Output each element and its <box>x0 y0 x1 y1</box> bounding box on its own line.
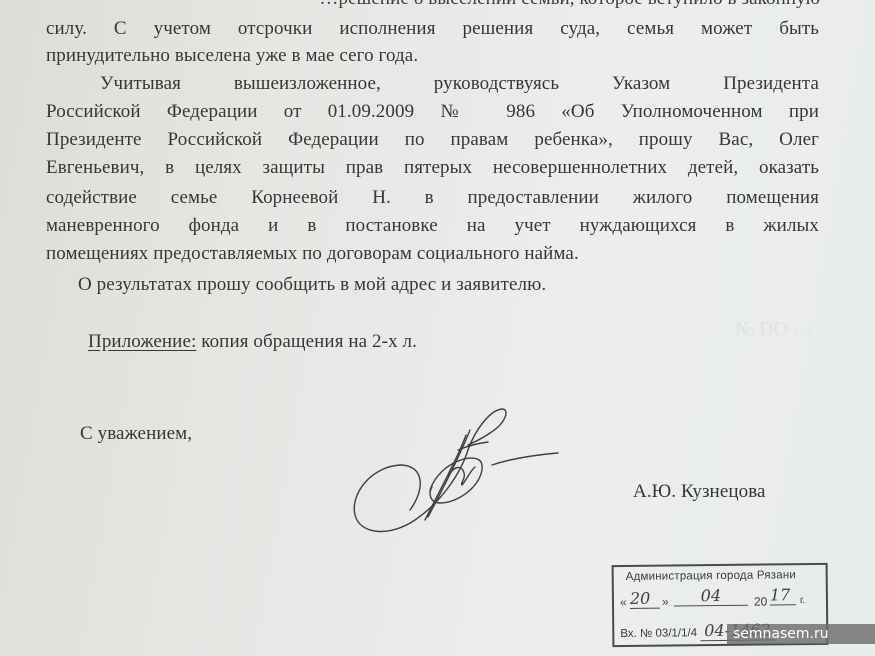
stamp-reg-label: Вх. № 03/1/1/4 <box>620 627 697 640</box>
bleed-through-text: № ПО … <box>735 318 813 341</box>
paragraph2-line4: Евгеньевич, в целях защиты прав пятерых … <box>46 157 819 179</box>
paragraph3: О результатах прошу сообщить в мой адрес… <box>78 274 546 296</box>
stamp-year-prefix: 20 <box>754 595 768 609</box>
paragraph2-line1: Учитывая вышеизложенное, руководствуясь … <box>100 73 819 95</box>
attachment-label: Приложение: <box>88 331 196 352</box>
stamp-day: 20 <box>630 589 660 609</box>
stamp-title: Администрация города Рязани <box>626 569 796 583</box>
paragraph1-line2: принудительно выселена уже в мае сего го… <box>46 45 418 67</box>
paragraph2-line6: маневренного фонда и в постановке на уче… <box>46 215 819 237</box>
paragraph2-line2: Российской Федерации от 01.09.2009 № 986… <box>46 101 819 123</box>
paragraph1-line1: силу. С учетом отсрочки исполнения решен… <box>46 18 819 40</box>
paragraph2-line3: Президенте Российской Федерации по права… <box>46 129 819 151</box>
stamp-year-suffix: 17 <box>770 585 796 605</box>
paragraph2-line7: помещениях предоставляемых по договорам … <box>46 243 579 265</box>
stamp-date: « 20 » 04 20 17 г. <box>620 589 820 613</box>
site-watermark: semnasem.ru <box>727 624 875 644</box>
stamp-month: 04 <box>674 586 748 607</box>
partial-top-line: …решение о выселении семьи, которое всту… <box>100 0 820 10</box>
document-page: № ПО … …решение о выселении семьи, котор… <box>0 0 875 656</box>
stamp-year-label: г. <box>800 595 805 606</box>
attachment-text: копия обращения на 2-х л. <box>196 331 417 352</box>
closing-salutation: С уважением, <box>80 423 192 445</box>
signatory-name: А.Ю. Кузнецова <box>633 481 766 503</box>
signature-icon <box>330 395 570 545</box>
attachment-line: Приложение: копия обращения на 2-х л. <box>88 331 417 353</box>
paragraph2-line5: содействие семье Корнеевой Н. в предоста… <box>46 187 819 209</box>
